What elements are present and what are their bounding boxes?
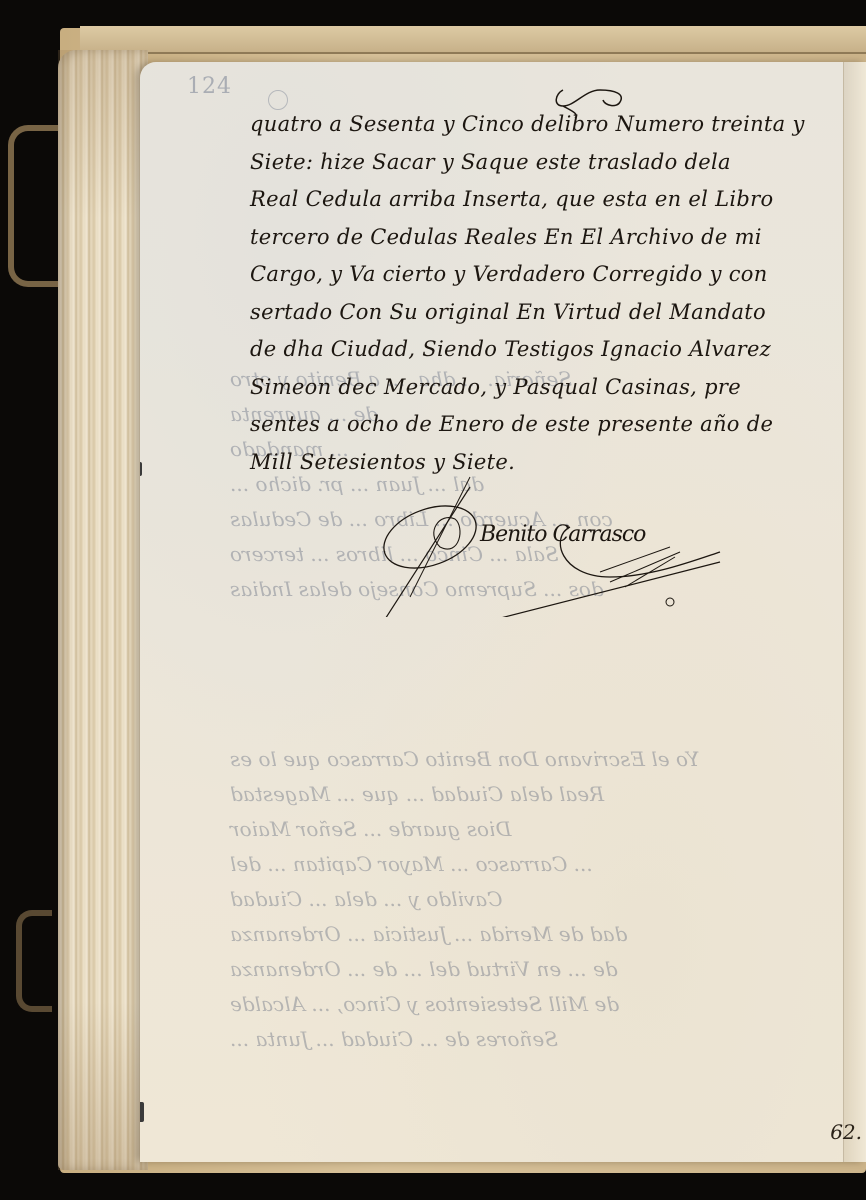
binding-tie-lower [16, 910, 52, 1012]
text-line: Siete: hize Sacar y Saque este traslado … [250, 144, 850, 182]
ink-spot [140, 462, 142, 476]
bleed-line: Yo el Escrivano Don Benito Carrasco que … [230, 742, 866, 777]
folio-number-top: 124 [187, 74, 232, 99]
signature-name: Benito Carrasco [480, 522, 645, 547]
text-line: sentes a ocho de Enero de este presente … [250, 406, 850, 444]
bleed-through-text-lower: Yo el Escrivano Don Benito Carrasco que … [230, 742, 866, 1057]
bleed-line: de Mill Setesientos y Cinco, ... Alcalde [230, 987, 866, 1022]
bleed-line: de ... en Virtud del ... de ... Ordenanz… [230, 952, 866, 987]
text-line: quatro a Sesenta y Cinco delibro Numero … [250, 106, 850, 144]
binding-tie [8, 125, 64, 287]
folio-number-bottom: 62. [830, 1120, 862, 1144]
page-edges [58, 50, 148, 1170]
manuscript-page: 124 Señoria. ... dha. ... a Benito y otr… [140, 62, 866, 1162]
text-line: Cargo, y Va cierto y Verdadero Corregido… [250, 256, 850, 294]
manuscript-text: quatro a Sesenta y Cinco delibro Numero … [250, 106, 850, 481]
bleed-line: Real dela Ciudad ... que ... Magestad [230, 777, 866, 812]
bleed-line: dad de Merida ... Justicia ... Ordenanza [230, 917, 866, 952]
bleed-line: Señores de ... Ciudad ... Junta ... [230, 1022, 866, 1057]
bleed-line: Cavildo y ... dela ... Ciudad [230, 882, 866, 917]
text-line: sertado Con Su original En Virtud del Ma… [250, 294, 850, 332]
manuscript-photo: 124 Señoria. ... dha. ... a Benito y otr… [0, 0, 866, 1200]
text-line: Real Cedula arriba Inserta, que esta en … [250, 181, 850, 219]
bleed-line: ... Carrasco ... Mayor Capitan ... del [230, 847, 866, 882]
text-line: Simeon dec Mercado, y Pasqual Casinas, p… [250, 369, 850, 407]
bleed-line: Dios guarde ... Señor Maior [230, 812, 866, 847]
signature: Benito Carrasco [370, 457, 730, 617]
cover-top-edge [80, 26, 866, 54]
text-line: de dha Ciudad, Siendo Testigos Ignacio A… [250, 331, 850, 369]
text-line: tercero de Cedulas Reales En El Archivo … [250, 219, 850, 257]
ink-spot [140, 1102, 144, 1122]
